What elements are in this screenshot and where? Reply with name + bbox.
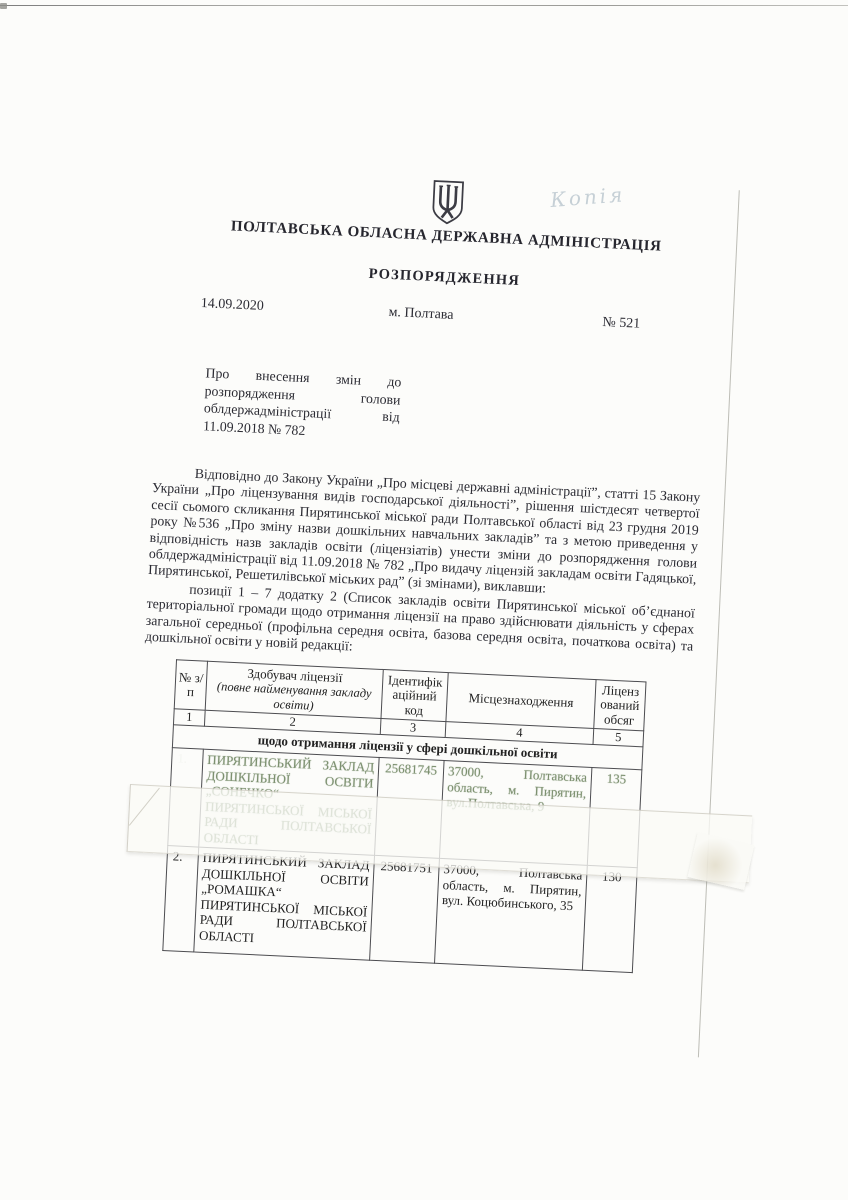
doc-place: м. Полтава [388, 305, 454, 324]
doc-date: 14.09.2020 [200, 296, 264, 315]
doc-type-title: РОЗПОРЯДЖЕННЯ [134, 255, 754, 301]
doc-number: № 521 [602, 315, 641, 333]
scan-corner-artifact [0, 3, 7, 9]
scan-top-edge [0, 5, 848, 6]
id-code-cell: 25681751 [370, 856, 440, 964]
header-licensee: Здобувач ліцензії (повне найменування за… [205, 662, 383, 719]
licensee-name-cell: ПИРЯТИНСЬКИЙ ЗАКЛАД ДОШКІЛЬНОЇ ОСВІТИ „Р… [194, 848, 375, 961]
doc-meta-row: 14.09.2020 м. Полтава № 521 [132, 293, 752, 342]
address-cell: 37000, Полтавська область, м. Пирятин, в… [434, 859, 587, 971]
coat-of-arms-icon [425, 180, 471, 228]
header-licensee-sub: (повне найменування закладу освіти) [208, 679, 380, 716]
header-location: Місцезнаходження [446, 673, 596, 729]
row-num-cell: 2. [163, 846, 199, 952]
col-number: 1 [173, 709, 205, 726]
header-num: № з/п [174, 660, 207, 710]
header-licensed-volume: Ліценз ований обсяг [594, 680, 646, 731]
dust-specks [0, 0, 2, 2]
volume-cell: 130 [582, 866, 637, 973]
handwritten-copy-note: Копія [549, 182, 626, 212]
header-id-code: Ідентифік аційний код [381, 670, 448, 722]
subject-block: Про внесення змін до розпорядження голов… [203, 364, 402, 443]
